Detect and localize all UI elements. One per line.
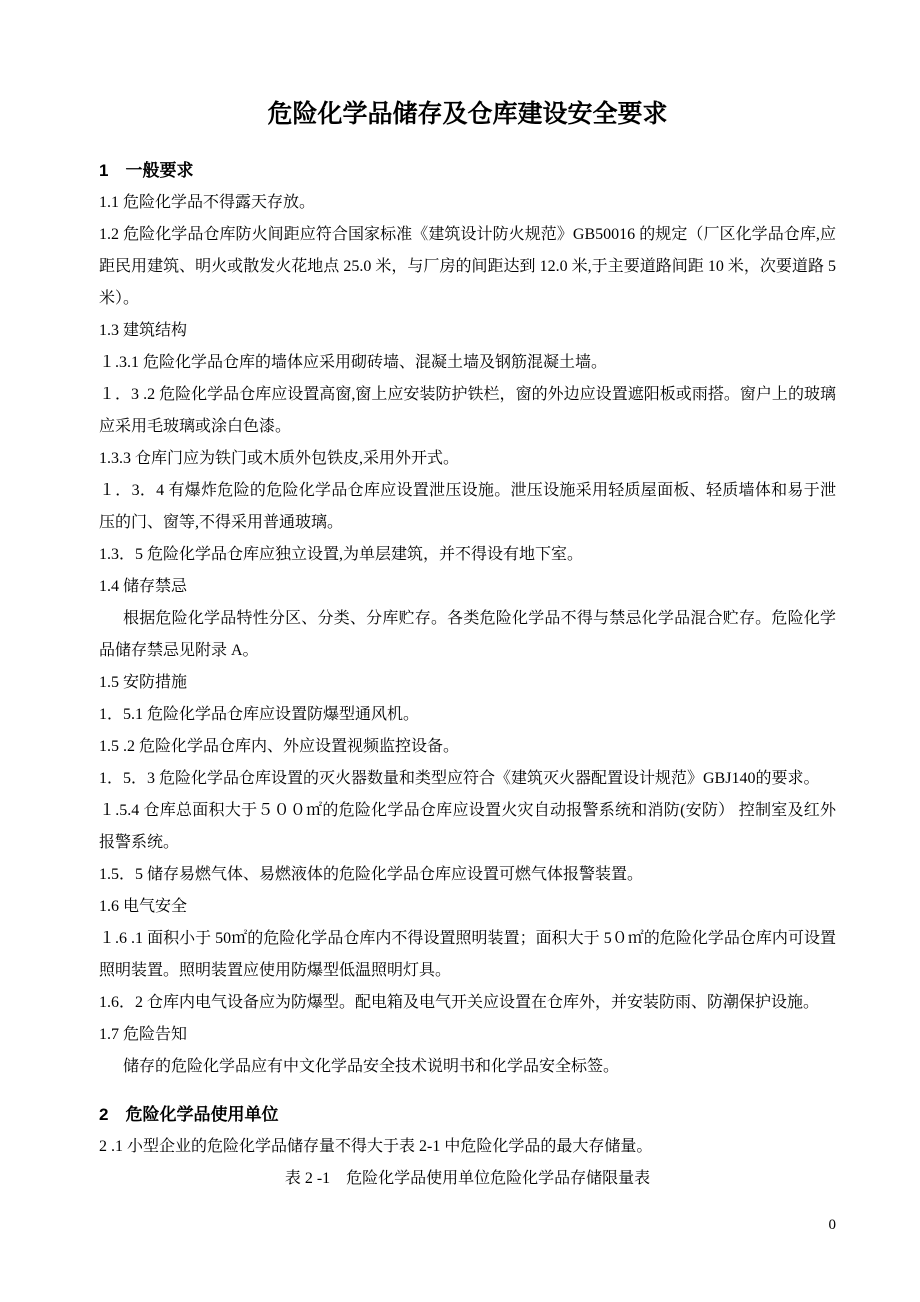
paragraph-1-2: 1.2 危险化学品仓库防火间距应符合国家标准《建筑设计防火规范》GB50016 … — [99, 219, 836, 315]
paragraph-1-4: 1.4 储存禁忌 — [99, 571, 836, 603]
page-number: 0 — [99, 1215, 836, 1235]
paragraph-1-3-2: １．3 .2 危险化学品仓库应设置高窗,窗上应安装防护铁栏，窗的外边应设置遮阳板… — [99, 379, 836, 443]
paragraph-1-4-text: 根据危险化学品特性分区、分类、分库贮存。各类危险化学品不得与禁忌化学品混合贮存。… — [99, 603, 836, 667]
paragraph-1-5-2: 1.5 .2 危险化学品仓库内、外应设置视频监控设备。 — [99, 731, 836, 763]
paragraph-1-7-text: 储存的危险化学品应有中文化学品安全技术说明书和化学品安全标签。 — [99, 1051, 836, 1083]
document-title: 危险化学品储存及仓库建设安全要求 — [99, 97, 836, 133]
paragraph-2-1: 2 .1 小型企业的危险化学品储存量不得大于表 2-1 中危险化学品的最大存储量… — [99, 1131, 836, 1163]
paragraph-1-5-3: 1．5．3 危险化学品仓库设置的灭火器数量和类型应符合《建筑灭火器配置设计规范》… — [99, 763, 836, 795]
document-page: 危险化学品储存及仓库建设安全要求 1 一般要求 1.1 危险化学品不得露天存放。… — [0, 0, 920, 1302]
paragraph-1-1: 1.1 危险化学品不得露天存放。 — [99, 187, 836, 219]
paragraph-1-5-1: 1．5.1 危险化学品仓库应设置防爆型通风机。 — [99, 699, 836, 731]
paragraph-1-3: 1.3 建筑结构 — [99, 315, 836, 347]
paragraph-1-5-5: 1.5．5 储存易燃气体、易燃液体的危险化学品仓库应设置可燃气体报警装置。 — [99, 859, 836, 891]
paragraph-1-7: 1.7 危险告知 — [99, 1019, 836, 1051]
table-2-1-caption: 表 2 -1 危险化学品使用单位危险化学品存储限量表 — [99, 1163, 836, 1195]
paragraph-1-3-4: １．3．4 有爆炸危险的危险化学品仓库应设置泄压设施。泄压设施采用轻质屋面板、轻… — [99, 475, 836, 539]
paragraph-1-6: 1.6 电气安全 — [99, 891, 836, 923]
paragraph-1-5-4: １.5.4 仓库总面积大于５００㎡的危险化学品仓库应设置火灾自动报警系统和消防(… — [99, 795, 836, 859]
paragraph-1-3-3: 1.3.3 仓库门应为铁门或木质外包铁皮,采用外开式。 — [99, 443, 836, 475]
section-1-heading: 1 一般要求 — [99, 155, 836, 187]
paragraph-1-6-2: 1.6．2 仓库内电气设备应为防爆型。配电箱及电气开关应设置在仓库外，并安装防雨… — [99, 987, 836, 1019]
paragraph-1-5: 1.5 安防措施 — [99, 667, 836, 699]
paragraph-1-6-1: １.6 .1 面积小于 50㎡的危险化学品仓库内不得设置照明装置；面积大于 5０… — [99, 923, 836, 987]
section-2-heading: 2 危险化学品使用单位 — [99, 1099, 836, 1131]
paragraph-1-3-1: １.3.1 危险化学品仓库的墙体应采用砌砖墙、混凝土墙及钢筋混凝土墙。 — [99, 347, 836, 379]
paragraph-1-3-5: 1.3．5 危险化学品仓库应独立设置,为单层建筑，并不得设有地下室。 — [99, 539, 836, 571]
